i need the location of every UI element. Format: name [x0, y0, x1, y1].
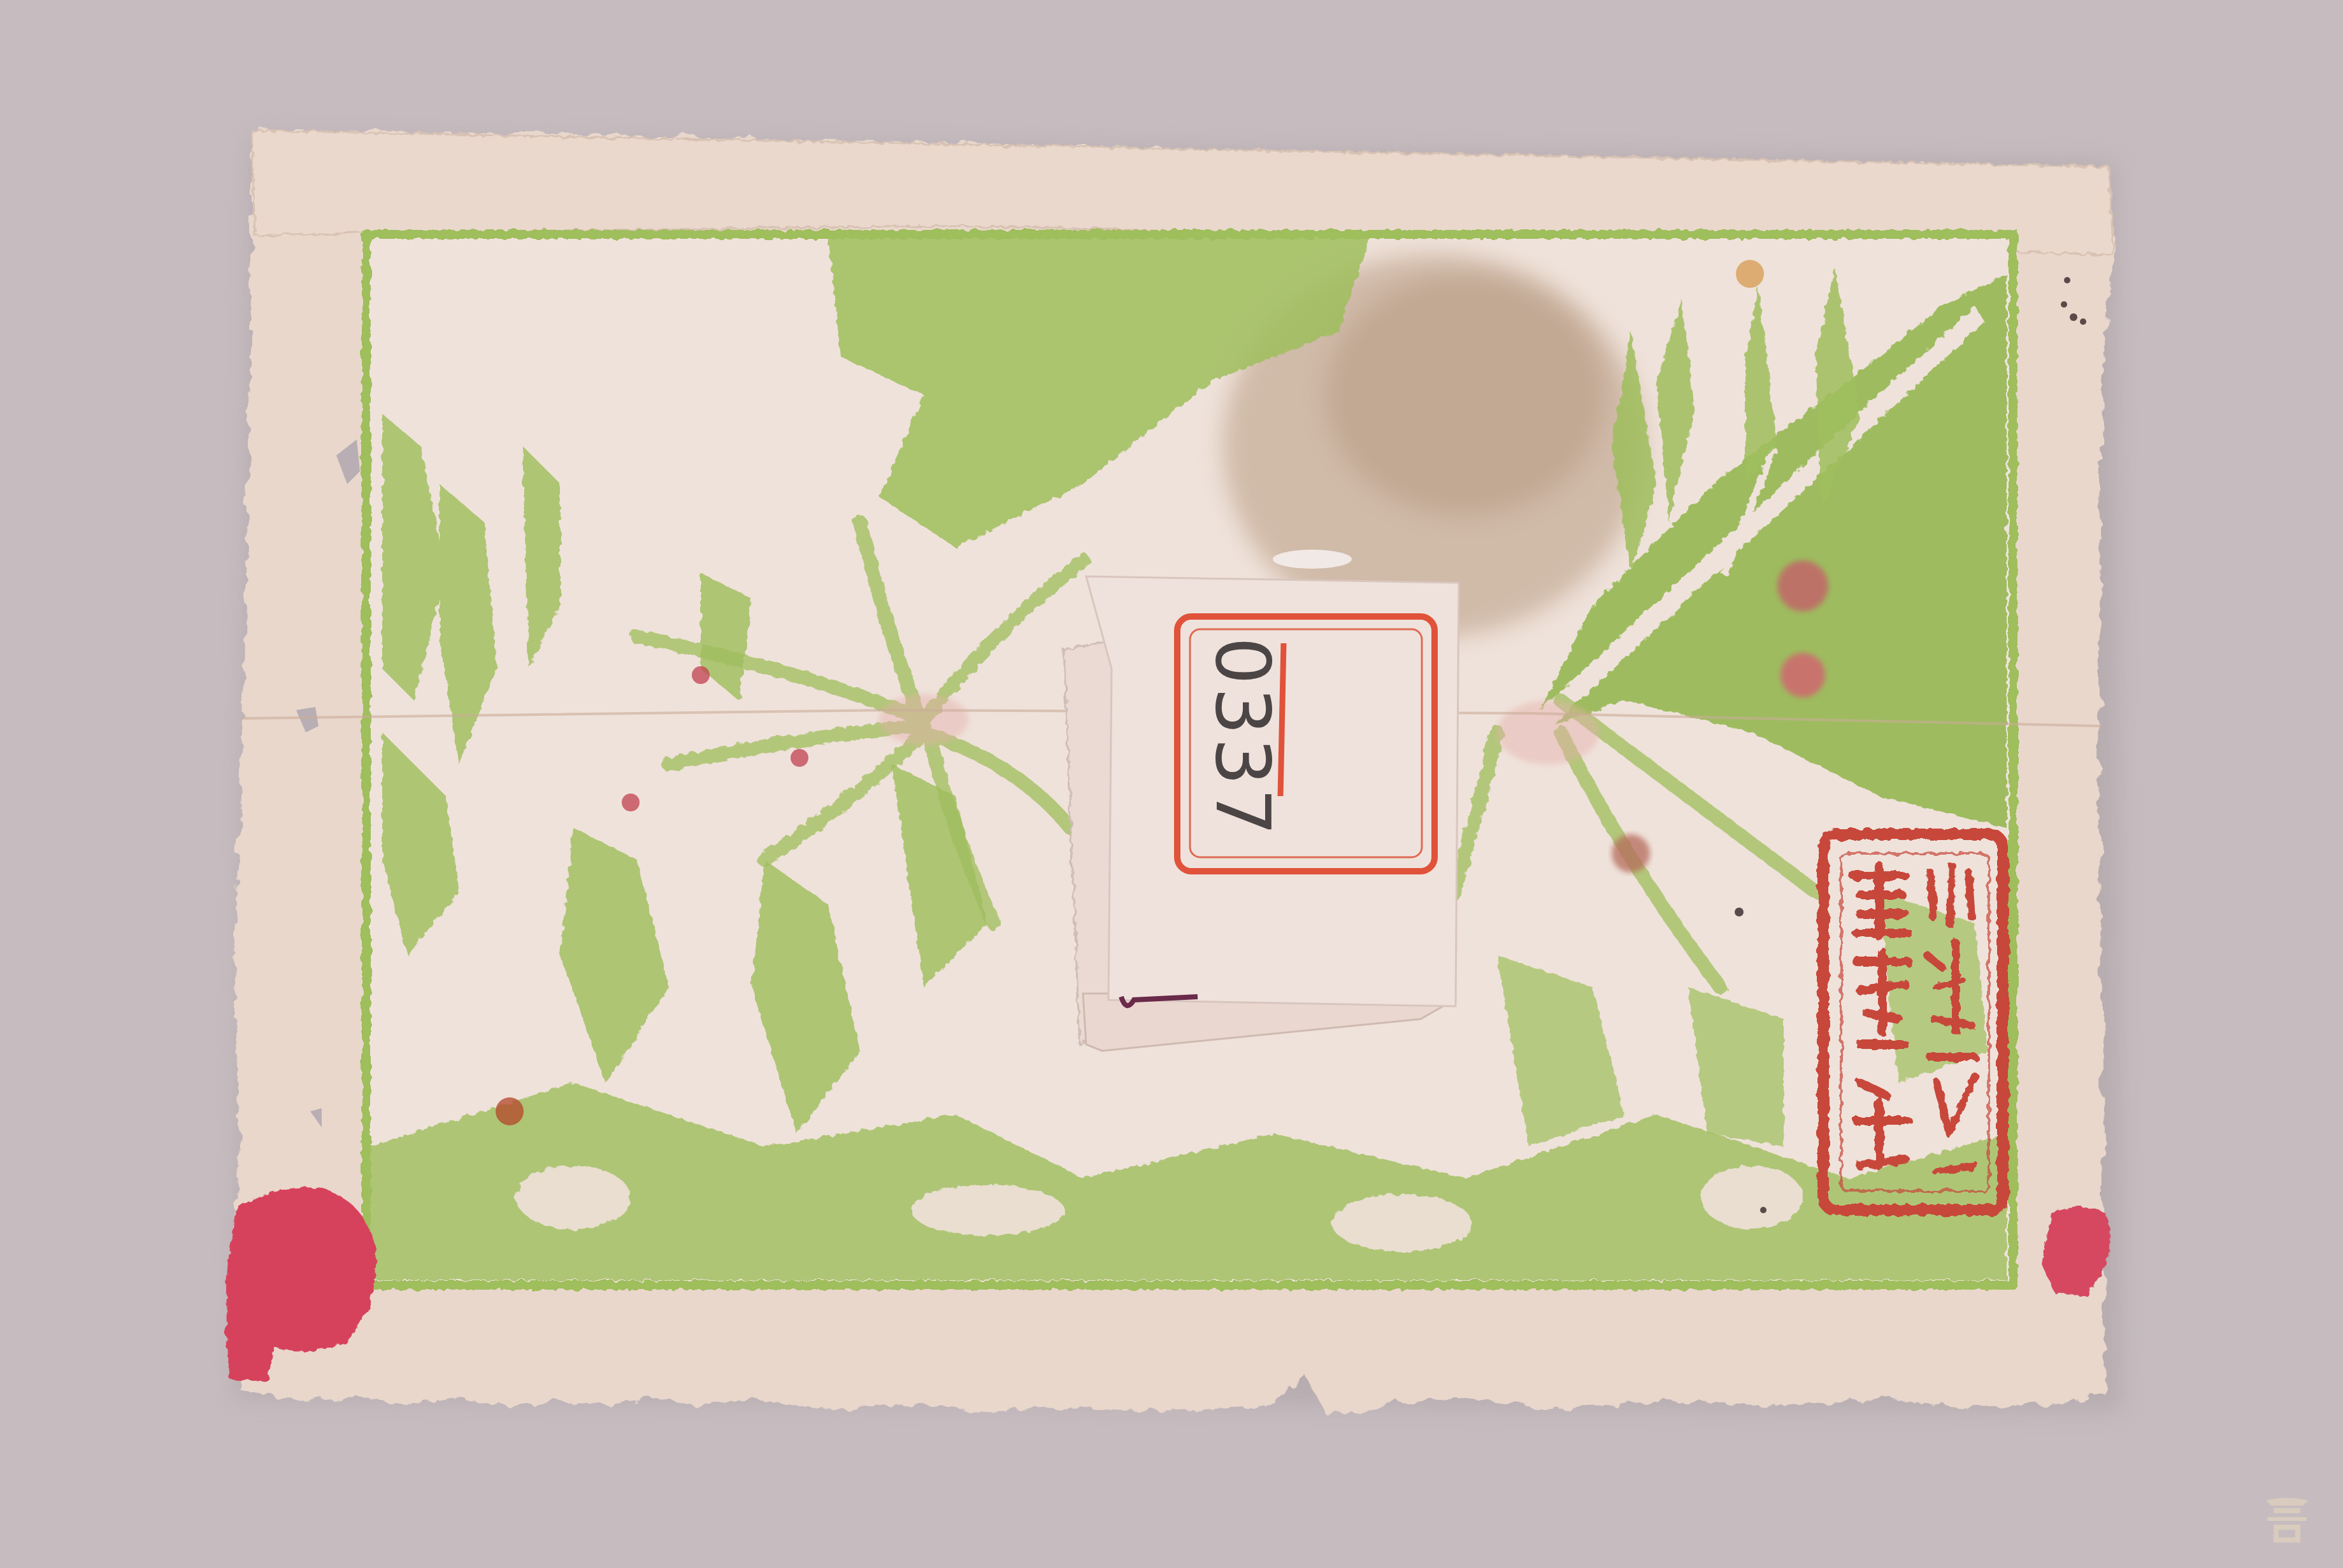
catalog-number: 0337: [1199, 637, 1287, 838]
artifact-photo: [0, 0, 2343, 1568]
pavilion-logo-icon: [2265, 1497, 2309, 1548]
